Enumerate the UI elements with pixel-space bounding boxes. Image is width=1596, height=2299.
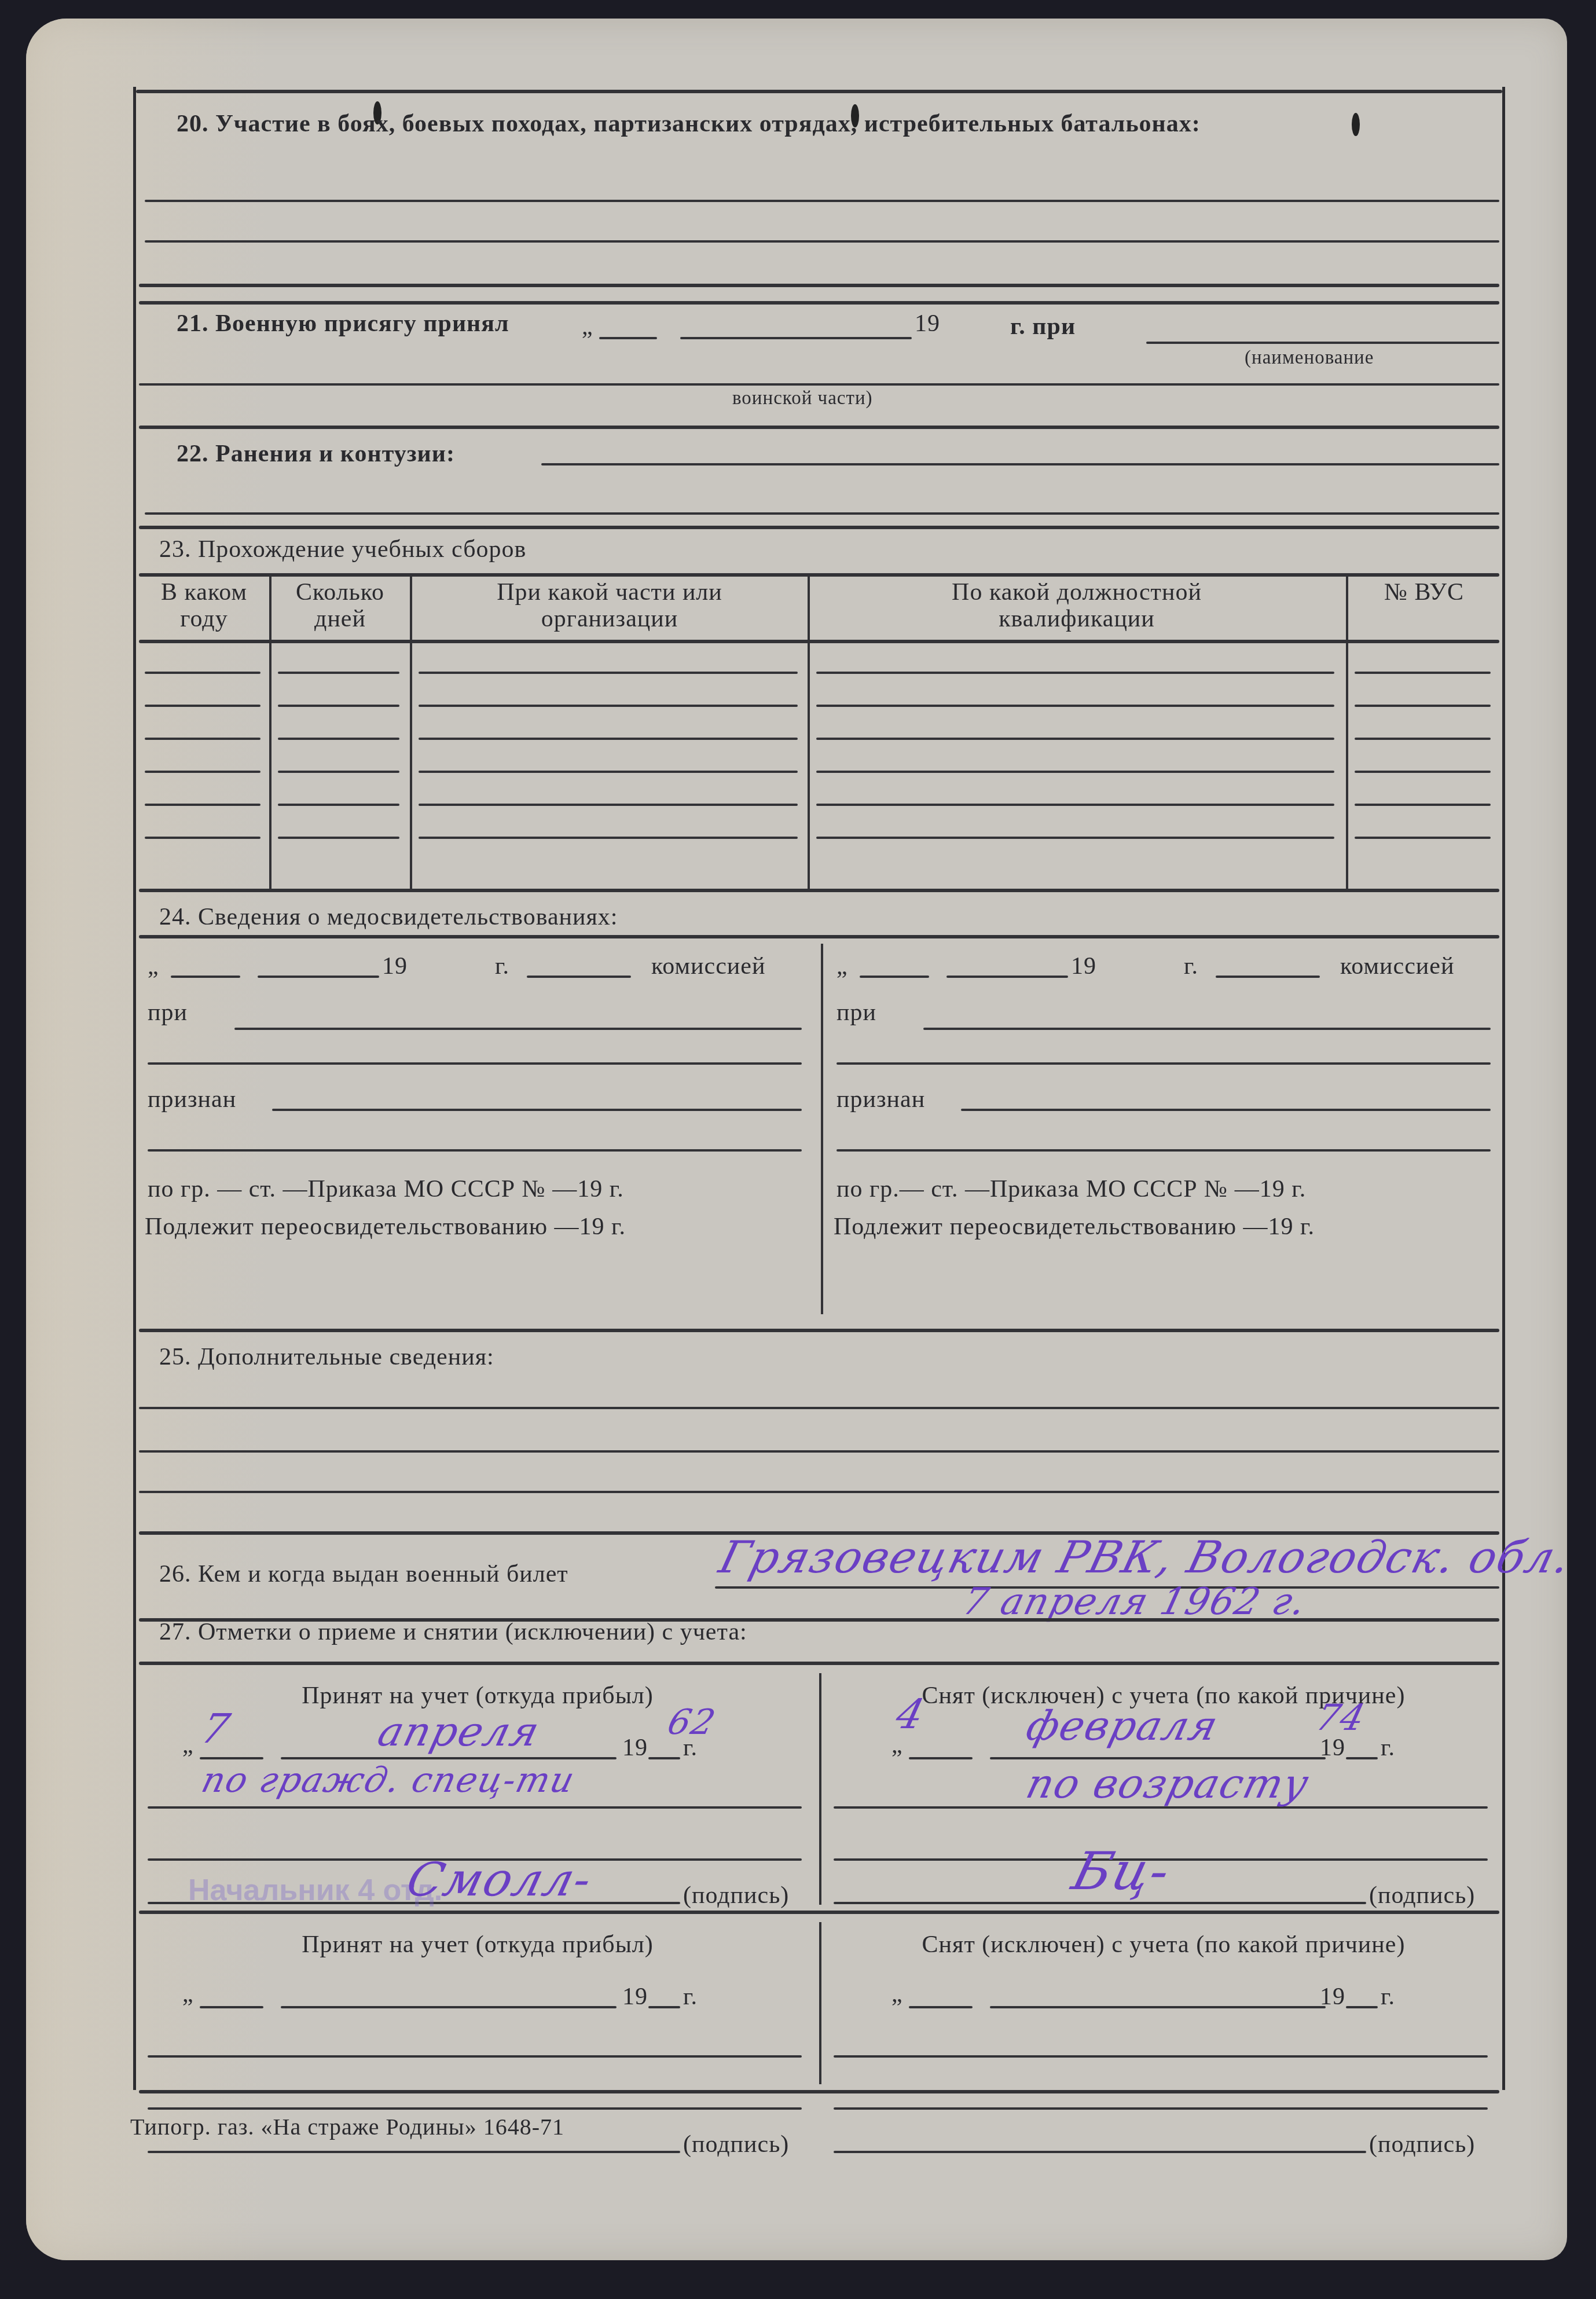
table-header-border (139, 640, 1499, 643)
section-26-label: 26. Кем и когда выдан военный билет (159, 1560, 568, 1588)
table-cell-line[interactable] (278, 705, 399, 707)
form-top-border (136, 90, 1502, 93)
table-cell-line[interactable] (145, 837, 261, 839)
removed-reason-handwriting: по возрасту (1022, 1760, 1315, 1807)
accepted-detail-field[interactable] (148, 1806, 802, 1809)
section-divider (139, 1329, 1499, 1332)
form-frame: 20. Участие в боях, боевых походах, парт… (133, 87, 1505, 2090)
table-column-divider (410, 576, 412, 889)
year-suffix: г. (1381, 1734, 1395, 1762)
section-24-label: 24. Сведения о медосвидетельствованиях: (159, 903, 618, 931)
removed-signature: Бц- (1066, 1841, 1177, 1902)
removed-month-field[interactable] (990, 1757, 1326, 1759)
accepted-detail-field-line2[interactable] (148, 2107, 802, 2110)
removed-signature-field[interactable] (834, 1902, 1366, 1904)
table-cell-line[interactable] (1355, 804, 1491, 806)
removed-year-handwriting: 74 (1312, 1696, 1370, 1739)
exam-month-field[interactable] (258, 976, 379, 978)
additional-info-line[interactable] (139, 1407, 1499, 1409)
table-cell-line[interactable] (145, 804, 261, 806)
section-21-label: 21. Военную присягу принял (177, 310, 509, 338)
removed-month-field[interactable] (990, 2006, 1326, 2008)
year-suffix: г. (1381, 1983, 1395, 2011)
signature-hint: (подпись) (683, 2131, 789, 2158)
accepted-day-handwriting: 7 (197, 1705, 236, 1752)
table-cell-line[interactable] (145, 771, 261, 773)
commission-label: комиссией (651, 952, 765, 980)
order-reference: по гр. — ст. —Приказа МО СССР № —19 г. (148, 1175, 624, 1203)
oath-unit-field-line2[interactable] (139, 383, 1499, 386)
exam-place-field[interactable] (923, 1028, 1491, 1030)
year-suffix: г. (683, 1983, 698, 2011)
signature-hint: (подпись) (1369, 1882, 1475, 1909)
accepted-month-handwriting: апреля (373, 1708, 545, 1755)
removed-year-field[interactable] (1346, 1757, 1378, 1759)
quote-mark: „ (148, 952, 159, 980)
header-line: № ВУС (1349, 579, 1499, 606)
table-cell-line[interactable] (419, 837, 798, 839)
oath-month-field[interactable] (680, 337, 912, 339)
wounds-field-line2[interactable] (145, 512, 1499, 515)
section-divider (139, 889, 1499, 892)
accepted-day-field[interactable] (200, 1757, 263, 1759)
table-cell-line[interactable] (816, 738, 1334, 740)
table-cell-line[interactable] (278, 738, 399, 740)
removed-signature-field[interactable] (834, 2151, 1366, 2153)
accepted-month-field[interactable] (281, 1757, 617, 1759)
table-cell-line[interactable] (145, 705, 261, 707)
table-cell-line[interactable] (145, 738, 261, 740)
table-column-divider (1346, 576, 1348, 889)
removed-month-handwriting: февраля (1022, 1702, 1224, 1750)
removed-title: Снят (исключен) с учета (по какой причин… (834, 1931, 1494, 1959)
signature-hint: (подпись) (1369, 2131, 1475, 2158)
section-27-label: 27. Отметки о приеме и снятии (исключени… (159, 1618, 747, 1646)
year-prefix: 19 (382, 952, 408, 980)
exam-result-field[interactable] (961, 1109, 1491, 1111)
table-cell-line[interactable] (816, 705, 1334, 707)
quote-mark: „ (891, 1980, 903, 2008)
exam-result-field-line2[interactable] (836, 1149, 1491, 1152)
accepted-from-handwriting: по гражд. спец-ти (197, 1760, 579, 1801)
year-suffix: г. (495, 952, 509, 980)
oath-unit-field[interactable] (1146, 342, 1499, 344)
section-divider (139, 1662, 1499, 1665)
exam-month-field[interactable] (946, 976, 1068, 978)
header-line: дней (272, 606, 408, 632)
pri-label: при (836, 999, 876, 1026)
section-divider (139, 526, 1499, 529)
header-line: Сколько (272, 579, 408, 606)
year-prefix: 19 (1071, 952, 1096, 980)
quote-mark: „ (182, 1731, 194, 1759)
year-suffix: г. (1184, 952, 1198, 980)
column-divider (819, 1922, 821, 2084)
table-cell-line[interactable] (419, 705, 798, 707)
removed-year-field[interactable] (1346, 2006, 1378, 2008)
reexam-label: Подлежит переосвидетельствованию —19 г. (834, 1213, 1315, 1241)
exam-result-field[interactable] (272, 1109, 802, 1111)
year-prefix: 19 (1320, 1983, 1345, 2011)
field-hint: воинской части) (732, 388, 873, 409)
accepted-day-field[interactable] (200, 2006, 263, 2008)
table-cell-line[interactable] (278, 672, 399, 674)
table-header-3: По какой должностнойквалификации (810, 579, 1343, 632)
table-cell-line[interactable] (816, 771, 1334, 773)
section-23-label: 23. Прохождение учебных сборов (159, 536, 526, 563)
accepted-signature-field[interactable] (148, 2151, 680, 2153)
exam-year-field[interactable] (527, 976, 631, 978)
exam-year-field[interactable] (1216, 976, 1320, 978)
table-column-divider (808, 576, 810, 889)
table-cell-line[interactable] (1355, 771, 1491, 773)
section-divider (139, 301, 1499, 305)
header-line: организации (413, 606, 806, 632)
table-cell-line[interactable] (419, 672, 798, 674)
section-divider (139, 2090, 1499, 2093)
table-cell-line[interactable] (145, 672, 261, 674)
year-prefix: 19 (622, 1983, 648, 2011)
wounds-field[interactable] (541, 463, 1499, 465)
section-20-line[interactable] (145, 200, 1499, 202)
accepted-year-handwriting: 62 (663, 1702, 720, 1743)
column-divider (821, 944, 823, 1314)
table-cell-line[interactable] (1355, 837, 1491, 839)
order-reference: по гр.— ст. —Приказа МО СССР № —19 г. (836, 1175, 1306, 1203)
accepted-month-field[interactable] (281, 2006, 617, 2008)
section-divider (139, 284, 1499, 287)
exam-place-field-line2[interactable] (148, 1062, 802, 1065)
pri-label: при (148, 999, 188, 1026)
accepted-detail-field[interactable] (148, 2055, 802, 2058)
header-line: По какой должностной (810, 579, 1343, 606)
accepted-year-field[interactable] (648, 2006, 680, 2008)
table-cell-line[interactable] (278, 771, 399, 773)
section-divider (139, 1911, 1499, 1914)
year-prefix: 19 (915, 310, 940, 338)
section-divider (139, 935, 1499, 938)
exam-day-field[interactable] (171, 976, 240, 978)
table-cell-line[interactable] (278, 837, 399, 839)
table-header-2: При какой части илиорганизации (413, 579, 806, 632)
section-20-label: 20. Участие в боях, боевых походах, парт… (177, 110, 1201, 138)
table-header-1: Сколькодней (272, 579, 408, 632)
header-line: При какой части или (413, 579, 806, 606)
exam-place-field[interactable] (234, 1028, 802, 1030)
oath-day-field[interactable] (599, 337, 657, 339)
year-suffix: г. при (1010, 313, 1076, 340)
removed-detail-field-line2[interactable] (834, 2107, 1488, 2110)
issued-by-handwriting: Грязовецким РВК, Вологодск. обл. (714, 1531, 1577, 1583)
field-hint: (наименование (1245, 347, 1374, 369)
accepted-year-field[interactable] (648, 1757, 680, 1759)
quote-mark: „ (836, 952, 848, 980)
exam-day-field[interactable] (860, 976, 929, 978)
header-line: В каком (139, 579, 269, 606)
table-cell-line[interactable] (419, 738, 798, 740)
table-header-4: № ВУС (1349, 579, 1499, 606)
priznan-label: признан (148, 1086, 236, 1113)
quote-mark: „ (182, 1980, 194, 2008)
table-cell-line[interactable] (419, 804, 798, 806)
additional-info-line[interactable] (139, 1450, 1499, 1453)
commission-label: комиссией (1340, 952, 1454, 980)
printer-imprint: Типогр. газ. «На страже Родины» 1648-71 (130, 2113, 564, 2140)
column-divider (819, 1673, 821, 1905)
section-20-line[interactable] (145, 240, 1499, 243)
table-cell-line[interactable] (816, 804, 1334, 806)
header-line: году (139, 606, 269, 632)
table-cell-line[interactable] (1355, 738, 1491, 740)
signature-hint: (подпись) (683, 1882, 789, 1909)
exam-place-field-line2[interactable] (836, 1062, 1491, 1065)
issued-date-handwriting: 7 апреля 1962 г. (959, 1581, 1311, 1623)
additional-info-line[interactable] (139, 1491, 1499, 1493)
table-cell-line[interactable] (278, 804, 399, 806)
exam-result-field-line2[interactable] (148, 1149, 802, 1152)
removed-detail-field[interactable] (834, 2055, 1488, 2058)
reexam-label: Подлежит переосвидетельствованию —19 г. (145, 1213, 626, 1241)
table-column-divider (269, 576, 271, 889)
section-25-label: 25. Дополнительные сведения: (159, 1343, 494, 1371)
table-cell-line[interactable] (816, 672, 1334, 674)
accepted-signature: Смолл- (401, 1853, 598, 1906)
table-header-0: В какомгоду (139, 579, 269, 632)
priznan-label: признан (836, 1086, 925, 1113)
section-divider (139, 426, 1499, 429)
table-cell-line[interactable] (1355, 705, 1491, 707)
accepted-title: Принят на учет (откуда прибыл) (148, 1931, 808, 1959)
removed-day-field[interactable] (909, 2006, 973, 2008)
table-cell-line[interactable] (1355, 672, 1491, 674)
header-line: квалификации (810, 606, 1343, 632)
quote-mark: „ (582, 313, 593, 340)
table-cell-line[interactable] (816, 837, 1334, 839)
table-cell-line[interactable] (419, 771, 798, 773)
section-22-label: 22. Ранения и контузии: (177, 440, 455, 468)
table-top-border (139, 573, 1499, 577)
removed-day-field[interactable] (909, 1757, 973, 1759)
year-prefix: 19 (622, 1734, 648, 1762)
